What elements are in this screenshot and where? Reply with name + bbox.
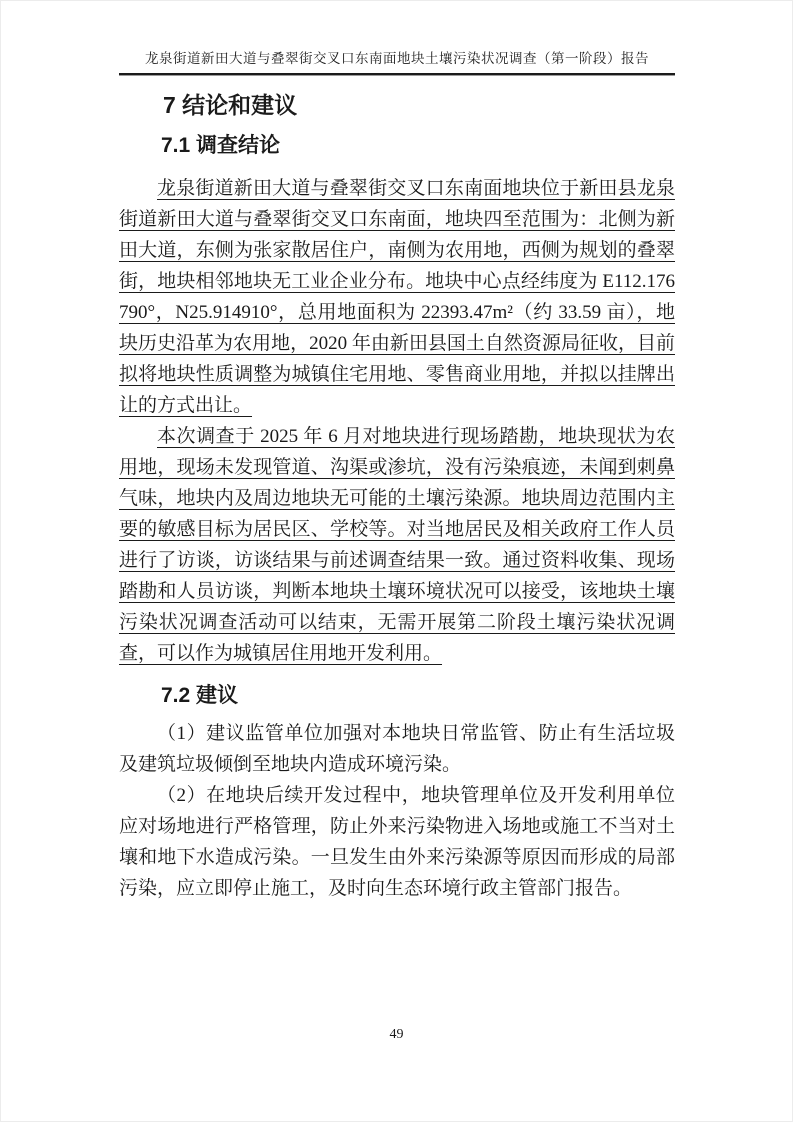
suggestion-paragraph-2: （2）在地块后续开发过程中，地块管理单位及开发利用单位应对场地进行严格管理，防止… — [119, 780, 675, 904]
running-header-title: 龙泉街道新田大道与叠翠街交叉口东南面地块土壤污染状况调查（第一阶段）报告 — [145, 51, 649, 66]
section-heading-7-2: 7.2 建议 — [161, 683, 675, 709]
conclusion-paragraph-1: 龙泉街道新田大道与叠翠街交叉口东南面地块位于新田县龙泉街道新田大道与叠翠街交叉口… — [119, 173, 675, 421]
document-page: 龙泉街道新田大道与叠翠街交叉口东南面地块土壤污染状况调查（第一阶段）报告 7 结… — [0, 0, 793, 1122]
chapter-heading: 7 结论和建议 — [163, 91, 675, 119]
conclusion-paragraph-2: 本次调查于 2025 年 6 月对地块进行现场踏勘，地块现状为农用地，现场未发现… — [119, 421, 675, 669]
page-number: 49 — [1, 1027, 792, 1043]
running-header: 龙泉街道新田大道与叠翠街交叉口东南面地块土壤污染状况调查（第一阶段）报告 — [119, 1, 675, 75]
suggestion-paragraph-1: （1）建议监管单位加强对本地块日常监管、防止有生活垃圾及建筑垃圾倾倒至地块内造成… — [119, 718, 675, 780]
page-text-area: 龙泉街道新田大道与叠翠街交叉口东南面地块土壤污染状况调查（第一阶段）报告 7 结… — [119, 1, 675, 904]
section-heading-7-1: 7.1 调查结论 — [161, 133, 675, 159]
